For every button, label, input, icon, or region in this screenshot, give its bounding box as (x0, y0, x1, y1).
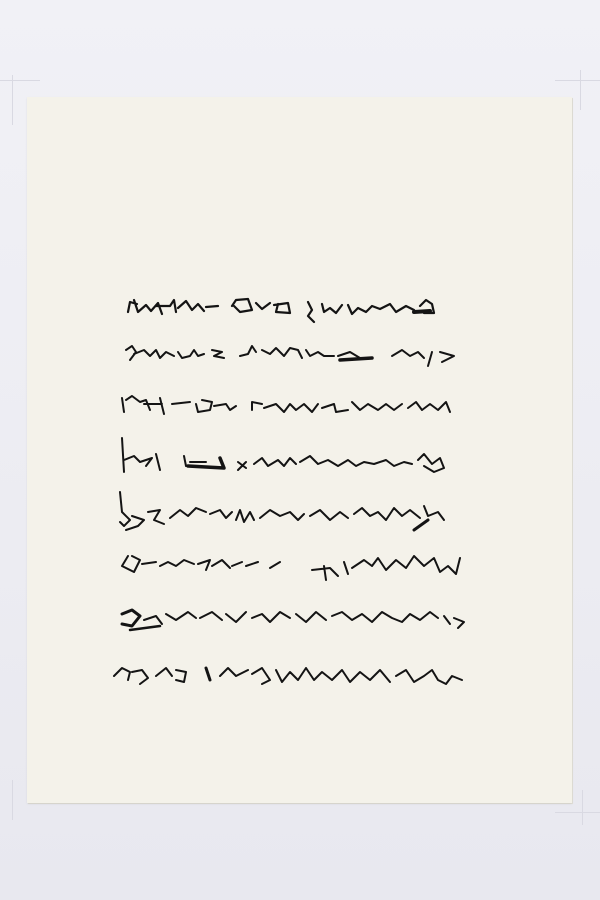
script-line-2 (126, 346, 454, 366)
script-line-3 (122, 396, 450, 414)
asemic-writing (0, 0, 600, 900)
script-line-5 (120, 492, 444, 530)
script-line-6 (122, 556, 460, 580)
script-line-1 (128, 299, 434, 322)
script-line-8 (114, 668, 462, 684)
script-line-4 (122, 438, 444, 472)
script-line-7 (122, 610, 464, 630)
